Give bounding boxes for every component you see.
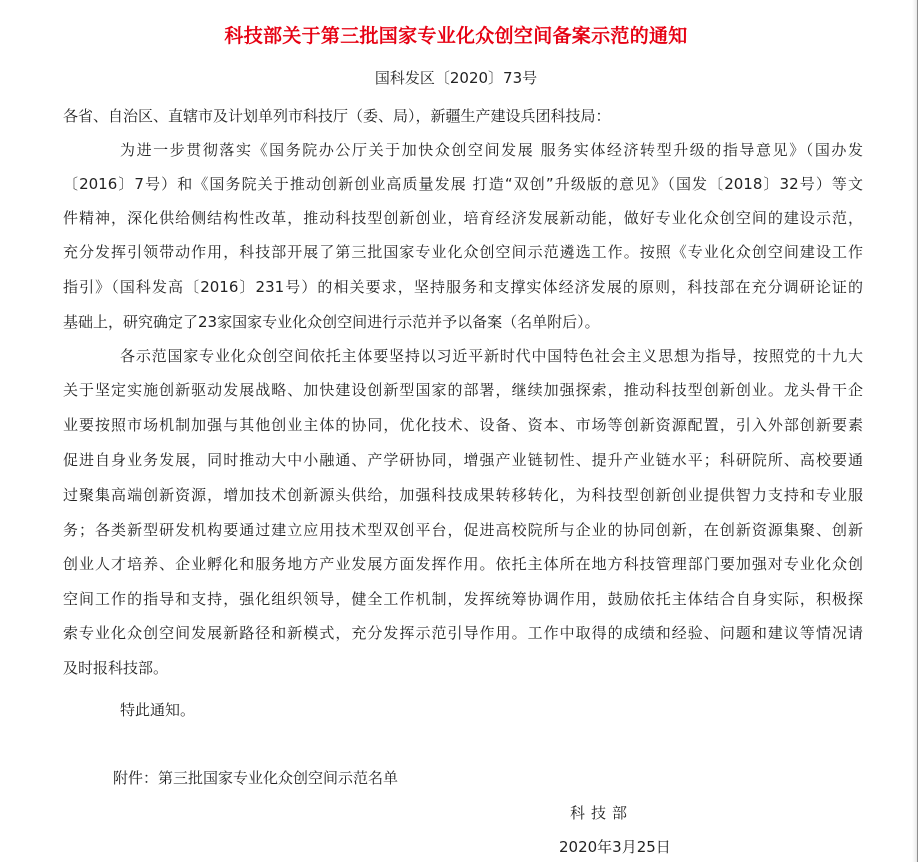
issue-date: 2020年3月25日 — [559, 835, 671, 859]
document-number: 国科发区〔2020〕73号 — [0, 66, 912, 90]
paragraph2-line: 创业人才培养、企业孵化和服务地方产业发展方面发挥作用。依托主体所在地方科技管理部… — [63, 552, 863, 576]
salutation: 各省、自治区、直辖市及计划单列市科技厅（委、局），新疆生产建设兵团科技局： — [63, 104, 863, 128]
paragraph1-line: 指引》（国科发高〔2016〕231号）的相关要求，坚持服务和支撑实体经济发展的原… — [63, 275, 863, 299]
paragraph2-line: 务；各类新型研发机构要通过建立应用技术型双创平台，促进高校院所与企业的协同创新，… — [63, 518, 863, 542]
paragraph2-line: 各示范国家专业化众创空间依托主体要坚持以习近平新时代中国特色社会主义思想为指导，… — [120, 344, 863, 368]
paragraph2-line: 及时报科技部。 — [63, 656, 863, 680]
paragraph2-line: 促进自身业务发展，同时推动大中小融通、产学研协同，增强产业链韧性、提升产业链水平… — [63, 448, 863, 472]
attachment-note: 附件：第三批国家专业化众创空间示范名单 — [113, 766, 398, 790]
window-right-edge — [912, 0, 918, 862]
paragraph2-line: 空间工作的指导和支持，强化组织领导，健全工作机制，发挥统筹协调作用，鼓励依托主体… — [63, 587, 863, 611]
paragraph1-line: 充分发挥引领带动作用，科技部开展了第三批国家专业化众创空间示范遴选工作。按照《专… — [63, 240, 863, 264]
paragraph1-line: 件精神，深化供给侧结构性改革，推动科技型创新创业，培育经济发展新动能，做好专业化… — [63, 206, 863, 230]
paragraph2-line: 业要按照市场机制加强与其他创业主体的协同，优化技术、设备、资本、市场等创新资源配… — [63, 413, 863, 437]
paragraph1-line: 为进一步贯彻落实《国务院办公厅关于加快众创空间发展 服务实体经济转型升级的指导意… — [120, 138, 863, 162]
closing-text: 特此通知。 — [120, 698, 195, 722]
paragraph2-line: 索专业化众创空间发展新路径和新模式，充分发挥示范引导作用。工作中取得的成绩和经验… — [63, 621, 863, 645]
paragraph1-line: 基础上，研究确定了23家国家专业化众创空间进行示范并予以备案（名单附后）。 — [63, 310, 863, 334]
paragraph1-line: 〔2016〕7号）和《国务院关于推动创新创业高质量发展 打造“双创”升级版的意见… — [63, 172, 863, 196]
document-title: 科技部关于第三批国家专业化众创空间备案示范的通知 — [0, 22, 912, 50]
paragraph2-line: 关于坚定实施创新驱动发展战略、加快建设创新型国家的部署，继续加强探索，推动科技型… — [63, 378, 863, 402]
signer: 科技部 — [570, 801, 633, 825]
document-page: 科技部关于第三批国家专业化众创空间备案示范的通知 国科发区〔2020〕73号 各… — [0, 0, 912, 862]
paragraph2-line: 过聚集高端创新资源，增加技术创新源头供给，加强科技成果转移转化，为科技型创新创业… — [63, 483, 863, 507]
